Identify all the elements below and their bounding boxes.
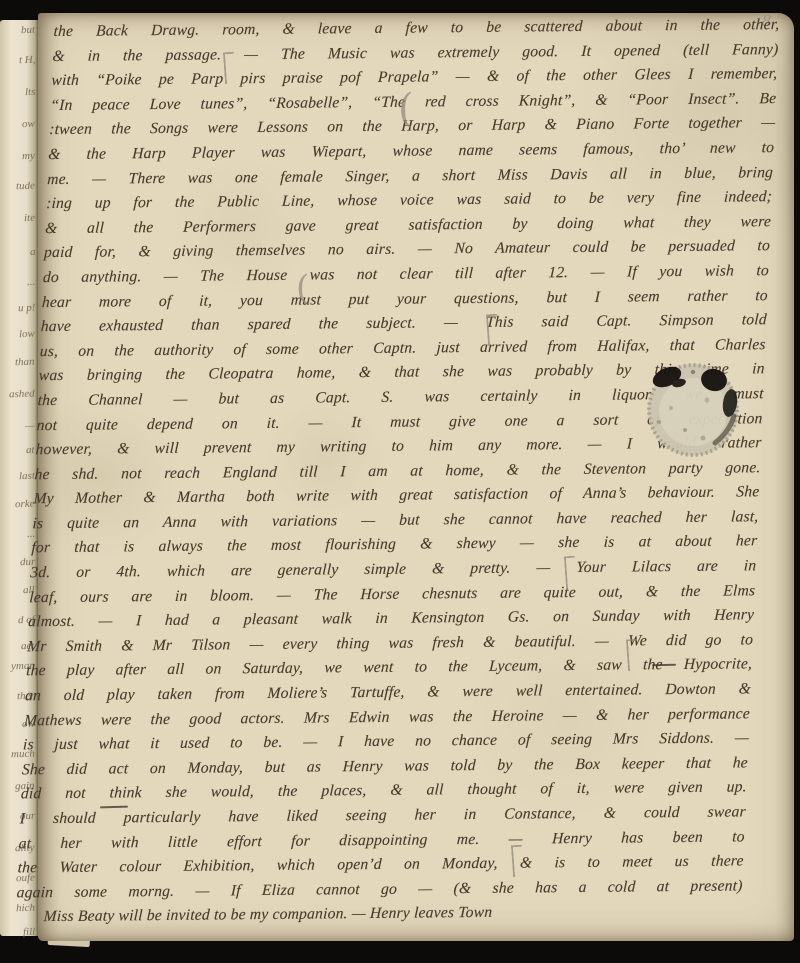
margin-fragment: lts [24, 86, 35, 98]
margin-fragment: ... [27, 276, 36, 288]
manuscript-scan: butt H,ltsowmytudeitea...u p!lowthanashe… [0, 0, 800, 963]
margin-fragment: u p! [17, 302, 35, 315]
pencil-bracket-mark [564, 556, 577, 591]
margin-fragment: ashed [9, 388, 35, 401]
margin-fragment: than [15, 356, 35, 369]
margin-fragment: last [19, 470, 35, 483]
margin-fragment: a [29, 246, 35, 258]
stamp-graphic [648, 363, 739, 456]
ink-stamp [645, 360, 741, 458]
margin-fragment: ite [24, 212, 35, 224]
margin-fragment: low [19, 328, 35, 341]
margin-fragment: but [21, 24, 35, 36]
pencil-bracket-mark [223, 52, 236, 85]
margin-fragment: ow [22, 118, 35, 130]
pencil-bracket-mark [511, 845, 524, 878]
margin-fragment: at [26, 444, 35, 456]
pencil-curve-mark: ( [398, 86, 414, 132]
margin-fragment: — [25, 420, 35, 432]
margin-fragment: t H, [18, 54, 35, 67]
margin-fragment: my [22, 150, 35, 162]
letter-text: the Back Drawg. room, & leave a few to b… [15, 13, 780, 930]
pencil-bracket-mark [486, 314, 499, 347]
letter-page: 8 the Back Drawg. room, & leave a few to… [38, 13, 794, 941]
pencil-bracket-mark [626, 639, 639, 672]
margin-fragment: tude [16, 180, 35, 193]
pencil-curve-mark: ( [296, 268, 309, 308]
